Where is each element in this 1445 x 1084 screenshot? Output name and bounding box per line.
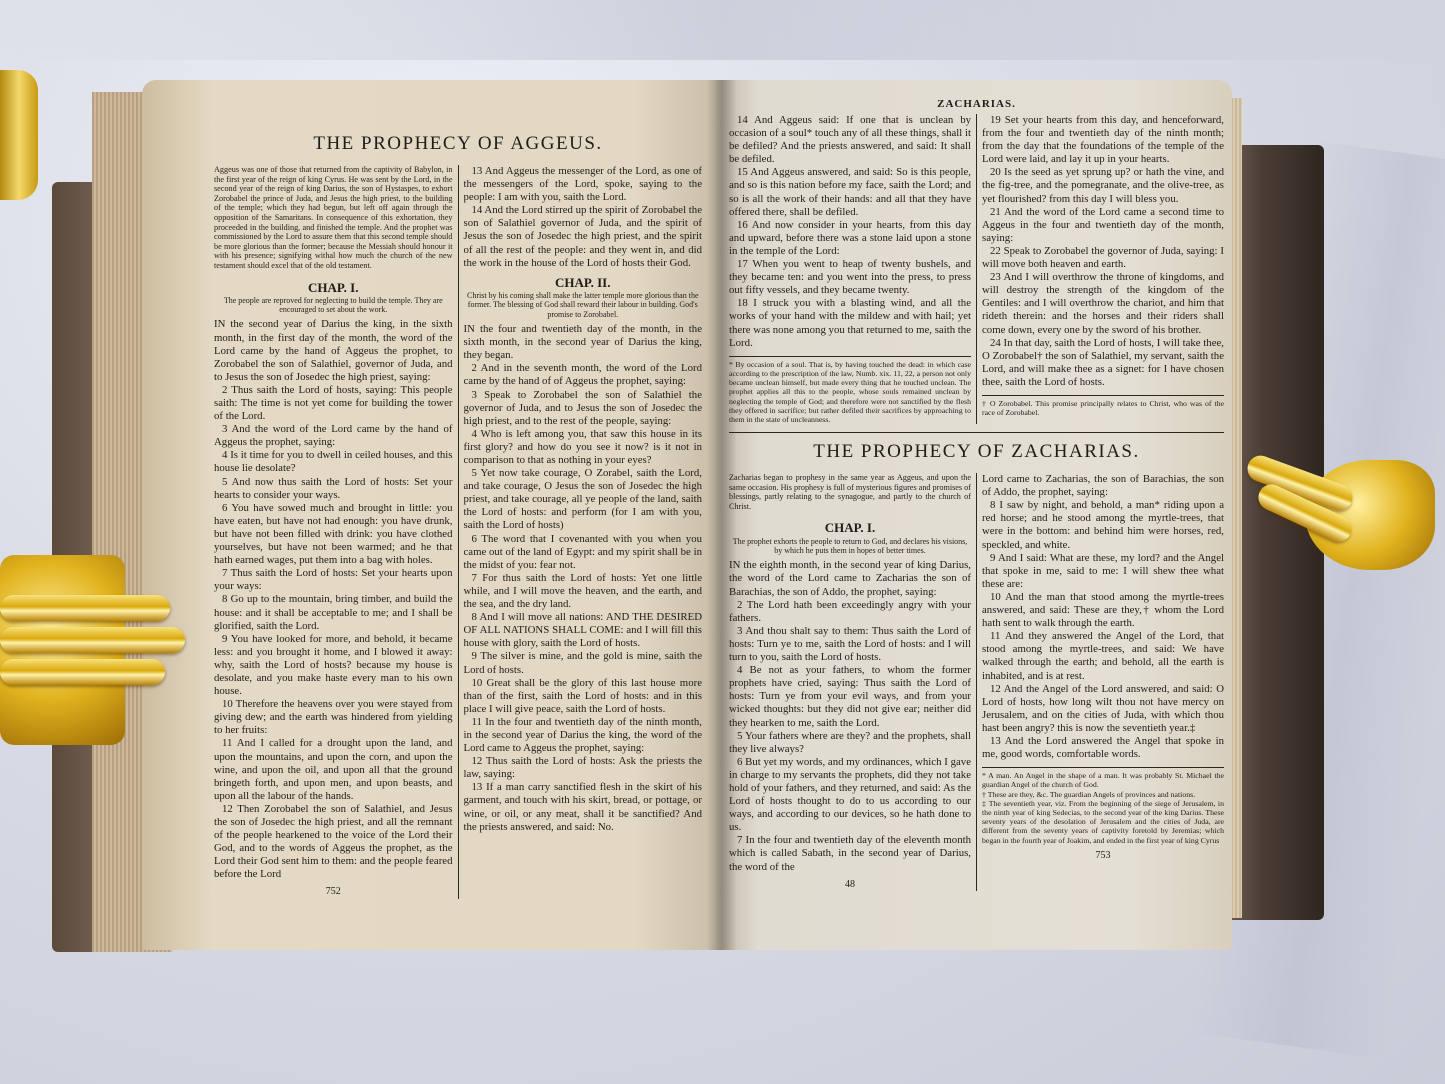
verse: 23 And I will overthrow the throne of ki… [982, 271, 1224, 336]
verse: 13 And the Lord answered the Angel that … [982, 735, 1224, 761]
cloth-fold [0, 0, 1445, 60]
verse: 16 And now consider in your hearts, from… [729, 219, 971, 258]
right-column-4: Lord came to Zacharias, the son of Barac… [976, 473, 1224, 891]
verse: 15 And Aggeus answered, and said: So is … [729, 166, 971, 218]
page-number: 753 [982, 849, 1224, 862]
chapter-summary: Christ by his coming shall make the latt… [464, 291, 703, 319]
verse: 9 And I said: What are these, my lord? a… [982, 552, 1224, 591]
left-page: THE PROPHECY OF AGGEUS. Aggeus was one o… [142, 80, 722, 950]
verse: 6 You have sowed much and brought in lit… [214, 502, 453, 567]
verse: 18 I struck you with a blasting wind, an… [729, 297, 971, 349]
book-title-aggeus: THE PROPHECY OF AGGEUS. [214, 133, 702, 155]
verse: Lord came to Zacharias, the son of Barac… [982, 473, 1224, 499]
verse: 9 The silver is mine, and the gold is mi… [464, 650, 703, 676]
verse: 5 And now thus saith the Lord of hosts: … [214, 476, 453, 502]
verse: 19 Set your hearts from this day, and he… [982, 114, 1224, 166]
verse: 20 Is the seed as yet sprung up? or hath… [982, 166, 1224, 205]
right-column-3: Zacharias began to prophesy in the same … [729, 473, 971, 891]
verse: 10 And the man that stood among the myrt… [982, 591, 1224, 630]
verse: 7 For thus saith the Lord of hosts: Yet … [464, 572, 703, 611]
running-head: ZACHARIAS. [729, 98, 1224, 110]
verse: 14 And Aggeus said: If one that is uncle… [729, 114, 971, 166]
verse: 12 Then Zorobabel the son of Salathiel, … [214, 803, 453, 882]
open-book: THE PROPHECY OF AGGEUS. Aggeus was one o… [52, 80, 1324, 960]
verse: 12 Thus saith the Lord of hosts: Ask the… [464, 755, 703, 781]
verse: 17 When you went to heap of twenty bushe… [729, 258, 971, 297]
book-introduction: Zacharias began to prophesy in the same … [729, 473, 971, 511]
footnote: † O Zorobabel. This promise principally … [982, 395, 1224, 417]
verse: 9 You have looked for more, and behold, … [214, 633, 453, 698]
verse: 6 But yet my words, and my ordinances, w… [729, 756, 971, 835]
verse: 2 And in the seventh month, the word of … [464, 362, 703, 388]
clip-finger [0, 627, 185, 653]
chapter-heading: CHAP. I. [214, 281, 453, 294]
gold-page-clip-left [0, 555, 190, 745]
gold-page-clip-right [1245, 420, 1440, 590]
book-gutter [707, 80, 737, 950]
footnote-item: * A man. An Angel in the shape of a man.… [982, 771, 1224, 789]
right-column-2: 19 Set your hearts from this day, and he… [976, 114, 1224, 424]
right-page: ZACHARIAS. 14 And Aggeus said: If one th… [717, 80, 1232, 950]
verse: 13 If a man carry sanctified flesh in th… [464, 781, 703, 833]
verse: 8 And I will move all nations: AND THE D… [464, 611, 703, 650]
verse: 22 Speak to Zorobabel the governor of Ju… [982, 245, 1224, 271]
footnote: * A man. An Angel in the shape of a man.… [982, 767, 1224, 845]
chapter-heading: CHAP. I. [729, 521, 971, 534]
verse: 8 Go up to the mountain, bring timber, a… [214, 593, 453, 632]
verse: 3 And the word of the Lord came by the h… [214, 423, 453, 449]
verse: 4 Who is left among you, that saw this h… [464, 428, 703, 467]
verse: 8 I saw by night, and behold, a man* rid… [982, 499, 1224, 551]
verse: 21 And the word of the Lord came a secon… [982, 206, 1224, 245]
signature-mark: 48 [729, 878, 971, 891]
verse: 14 And the Lord stirred up the spirit of… [464, 204, 703, 269]
verse: 5 Yet now take courage, O Zorabel, saith… [464, 467, 703, 532]
right-column-1: 14 And Aggeus said: If one that is uncle… [729, 114, 971, 424]
verse: IN the four and twentieth day of the mon… [464, 323, 703, 362]
verse: 6 The word that I covenanted with you wh… [464, 533, 703, 572]
verse: 3 Speak to Zorobabel the son of Salathie… [464, 389, 703, 428]
footnote-item: ‡ The seventieth year, viz. From the beg… [982, 799, 1224, 845]
left-column-1: Aggeus was one of those that returned fr… [214, 165, 453, 899]
clip-finger [0, 659, 165, 685]
verse: 10 Great shall be the glory of this last… [464, 677, 703, 716]
chapter-summary: The people are reproved for neglecting t… [214, 296, 453, 315]
verse: 7 In the four and twentieth day of the e… [729, 834, 971, 873]
verse: 11 And they answered the Angel of the Lo… [982, 630, 1224, 682]
verse: 11 In the four and twentieth day of the … [464, 716, 703, 755]
verse: 2 The Lord hath been exceedingly angry w… [729, 599, 971, 625]
left-column-2: 13 And Aggeus the messenger of the Lord,… [458, 165, 703, 899]
verse: 7 Thus saith the Lord of hosts: Set your… [214, 567, 453, 593]
chapter-heading: CHAP. II. [464, 276, 703, 289]
verse: 4 Is it time for you to dwell in ceiled … [214, 449, 453, 475]
verse: 24 In that day, saith the Lord of hosts,… [982, 337, 1224, 389]
verse: IN the second year of Darius the king, i… [214, 318, 453, 383]
section-divider [729, 432, 1224, 433]
verse: 4 Be not as your fathers, to whom the fo… [729, 664, 971, 729]
verse: IN the eighth month, in the second year … [729, 559, 971, 598]
chapter-summary: The prophet exhorts the people to return… [729, 537, 971, 556]
footnote-item: † These are they, &c. The guardian Angel… [982, 790, 1224, 799]
clip-finger [0, 595, 170, 621]
gold-candlestick [0, 70, 38, 200]
verse: 3 And thou shalt say to them: Thus saith… [729, 625, 971, 664]
verse: 12 And the Angel of the Lord answered, a… [982, 683, 1224, 735]
verse: 13 And Aggeus the messenger of the Lord,… [464, 165, 703, 204]
page-number: 752 [214, 885, 453, 898]
book-introduction: Aggeus was one of those that returned fr… [214, 165, 453, 271]
verse: 11 And I called for a drought upon the l… [214, 737, 453, 802]
verse: 10 Therefore the heavens over you were s… [214, 698, 453, 737]
book-title-zacharias: THE PROPHECY OF ZACHARIAS. [729, 441, 1224, 463]
verse: 5 Your fathers where are they? and the p… [729, 730, 971, 756]
footnote: * By occasion of a soul. That is, by hav… [729, 356, 971, 424]
verse: 2 Thus saith the Lord of hosts, saying: … [214, 384, 453, 423]
